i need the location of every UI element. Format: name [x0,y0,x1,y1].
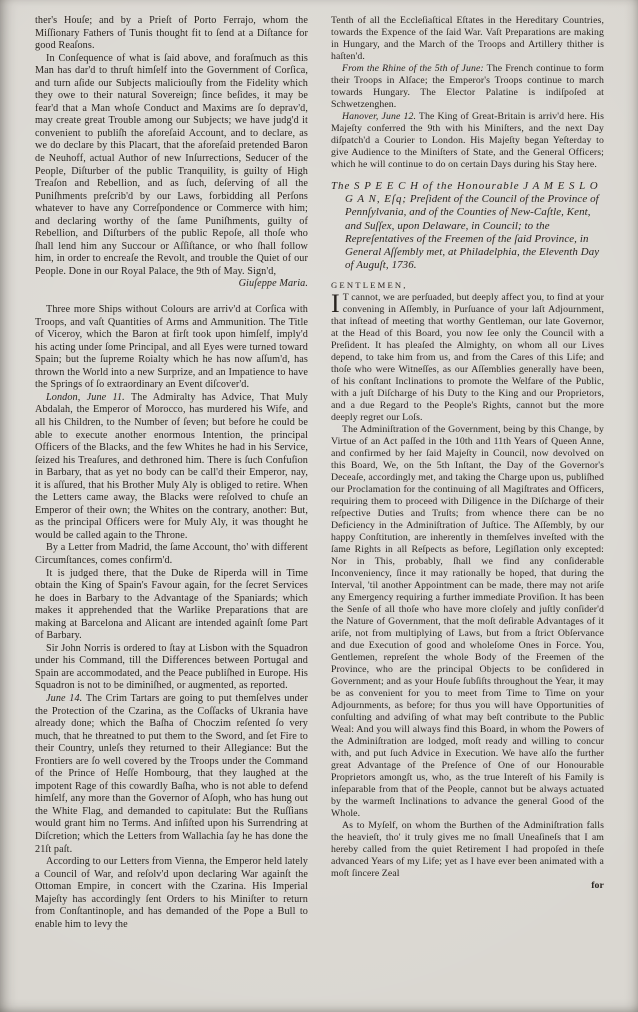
salutation: GENTLEMEN, [331,279,604,291]
newspaper-page: ther's Houſe; and by a Prieſt of Porto F… [0,0,638,1012]
dropcap-letter: I [331,292,343,314]
news-paragraph: It is judged there, that the Duke de Rip… [35,568,308,643]
speech-paragraph: As to Myſelf, on whom the Burthen of the… [331,820,604,880]
news-paragraph: London, June 11. The Admiralty has Advic… [35,392,308,543]
news-paragraph: Three more Ships without Colours are arr… [35,304,308,392]
news-paragraph: From the Rhine of the 5th of June: The F… [331,63,604,111]
right-column: Tenth of all the Eccleſiaſtical Eſtates … [331,15,604,1006]
news-paragraph: ther's Houſe; and by a Prieſt of Porto F… [35,15,308,53]
speech-heading: The S P E E C H of the Honourable J A M … [331,180,604,272]
speech-paragraph: The Adminiſtration of the Government, be… [331,424,604,820]
news-paragraph: By a Letter from Madrid, the ſame Accoun… [35,542,308,567]
paragraph-text: T cannot, we are perſuaded, but deeply a… [331,292,604,423]
dateline: June 14. [46,693,82,704]
news-paragraph: Tenth of all the Eccleſiaſtical Eſtates … [331,15,604,63]
news-paragraph: According to our Letters from Vienna, th… [35,856,308,931]
news-paragraph: Sir John Norris is ordered to ſtay at Li… [35,643,308,693]
dateline: London, June 11. [46,392,125,403]
catchword: for [331,880,604,892]
news-paragraph: June 14. The Crim Tartars are going to p… [35,693,308,856]
news-paragraph: Hanover, June 12. The King of Great-Brit… [331,111,604,171]
left-column: ther's Houſe; and by a Prieſt of Porto F… [35,15,308,1006]
paragraph-text: The Admiralty has Advice, That Muly Abda… [35,392,308,541]
paragraph-text: The Crim Tartars are going to put themſe… [35,693,308,855]
signature: Giuſeppe Maria. [35,278,308,291]
speech-paragraph: IT cannot, we are perſuaded, but deeply … [331,292,604,424]
dateline: From the Rhine of the 5th of June: [342,63,484,74]
news-paragraph: In Conſequence of what is ſaid above, an… [35,53,308,279]
text-columns: ther's Houſe; and by a Prieſt of Porto F… [35,15,605,1006]
dateline: Hanover, June 12. [342,111,416,122]
